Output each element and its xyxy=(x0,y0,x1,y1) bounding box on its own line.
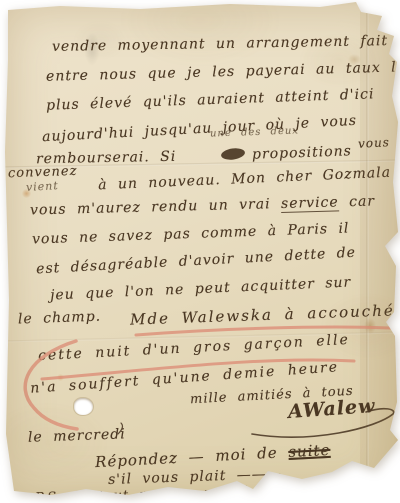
red-underline-1 xyxy=(136,327,390,335)
handwriting-line-16: le mercredi xyxy=(28,426,126,445)
underlined-word-service: service xyxy=(281,194,339,213)
handwriting-line-10: jeu que l'on ne peut acquitter sur xyxy=(50,274,352,303)
handwriting-line-7: vous m'aurez rendu un vrai service car xyxy=(30,193,375,218)
underlined-words-ce-soit: ce soit xyxy=(333,481,388,498)
handwriting-line-5-end: vous xyxy=(358,135,391,151)
underlined-word-surtout: Surtout xyxy=(72,488,130,503)
letter-photo: vendre moyennant un arrangement fait ent… xyxy=(0,0,400,503)
handwriting-line-13: cette nuit d'un gros garçon elle xyxy=(38,332,350,364)
handwriting-line-17: Répondez — moi de suite xyxy=(95,441,331,471)
handwriting-line-4: aujourd'hui jusqu'au jour où je vous xyxy=(42,113,358,145)
handwriting-line-12: Mde Walewska à accouché xyxy=(130,301,395,328)
handwriting-line-2: entre nous que je les payerai au taux le xyxy=(46,59,400,84)
handwriting-line-5-mid: propositions xyxy=(252,143,352,162)
handwriting-line-6-correction-below: vient xyxy=(26,179,59,194)
handwriting-line-8: vous ne savez pas comme à Paris il xyxy=(32,220,350,247)
line-7-end: car xyxy=(338,193,375,210)
handwriting-line-1: vendre moyennant un arrangement fait xyxy=(52,33,388,55)
signature: AWalew xyxy=(287,395,376,423)
handwriting-line-6-correction: convenez xyxy=(8,164,78,181)
handwriting-line-19: P.S. Surtout pas un mot à qui que ce soi… xyxy=(35,481,388,503)
letter-paper: vendre moyennant un arrangement fait ent… xyxy=(0,0,400,503)
line-7-text: vous m'aurez rendu un vrai xyxy=(30,196,281,219)
ink-blot xyxy=(220,147,245,161)
struck-word-suite: suite xyxy=(288,441,331,461)
handwriting-line-6: à un nouveau. Mon cher Gozmala xyxy=(98,165,392,194)
paper-hole xyxy=(74,398,93,415)
inserted-words: une des deux xyxy=(210,125,299,139)
postscript-label: P.S. xyxy=(35,490,72,503)
handwriting-line-9: est désagréable d'avoir une dette de xyxy=(36,245,357,278)
handwriting-line-11: le champ. xyxy=(18,309,102,328)
paper-shadow: vendre moyennant un arrangement fait ent… xyxy=(0,0,400,503)
handwriting-line-3: plus élevé qu'ils auraient atteint d'ici xyxy=(46,86,375,113)
